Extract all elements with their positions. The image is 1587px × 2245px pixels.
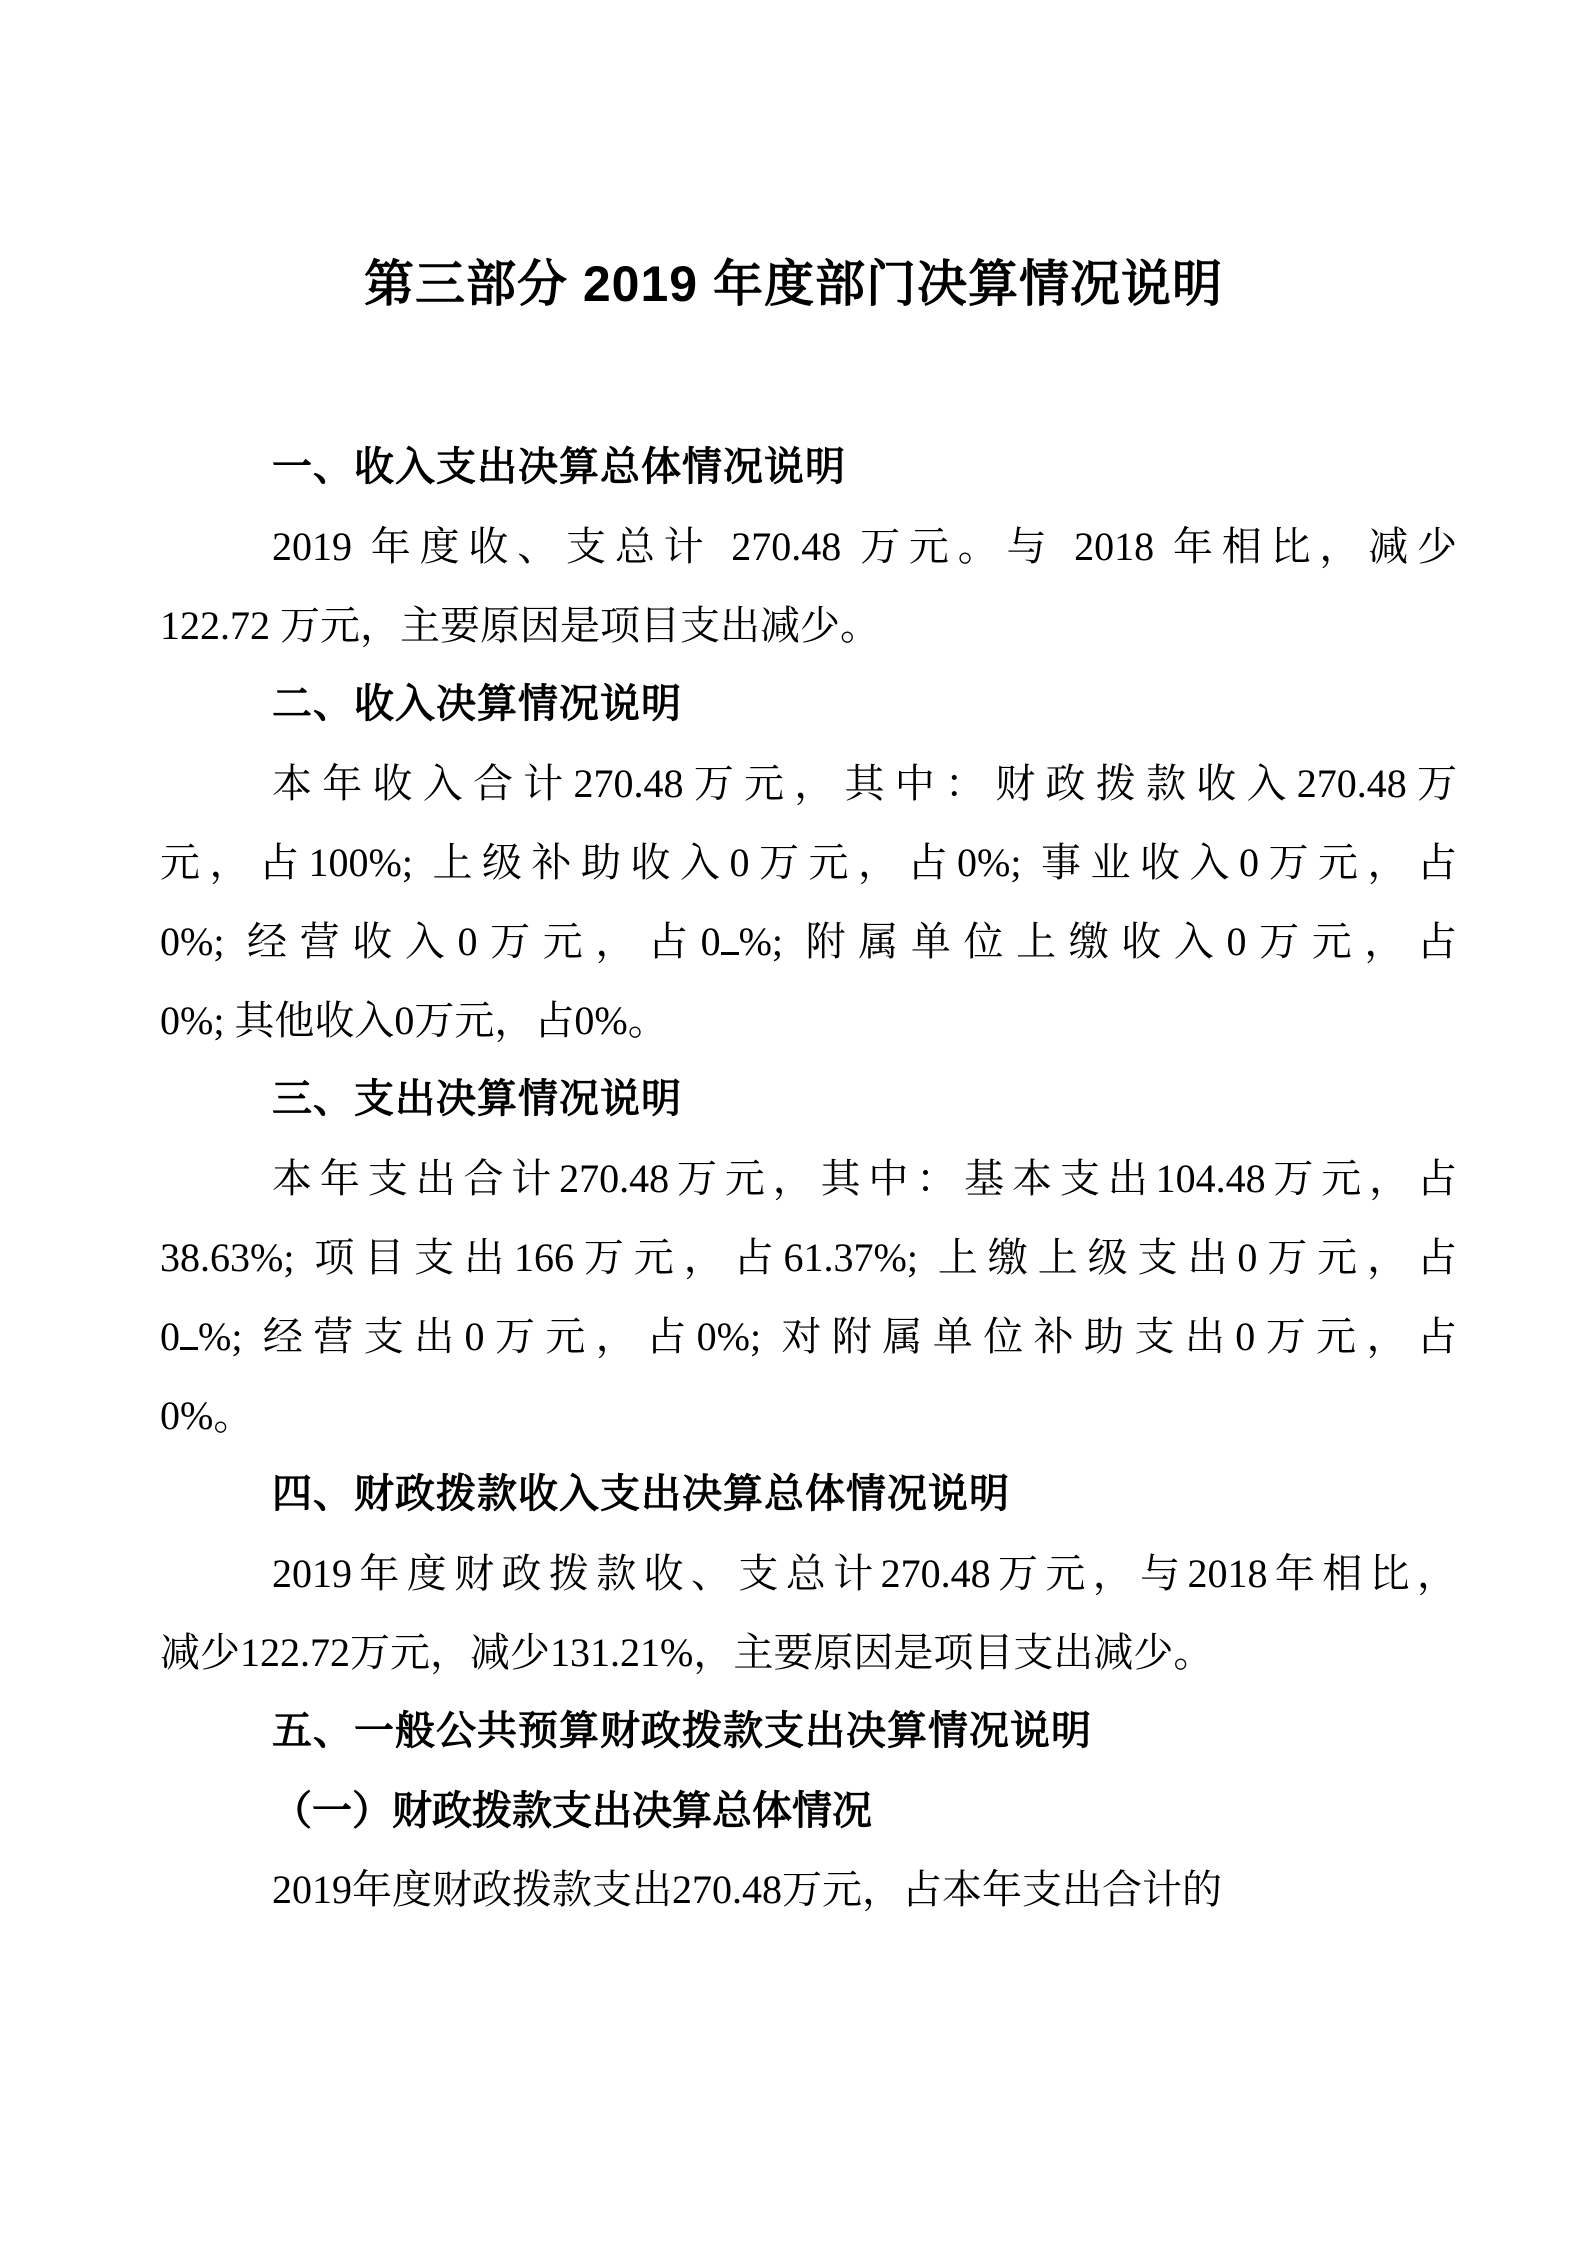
text-line: 0%; 经营收入0万元，占0%; 附属单位上缴收入0万元，占 <box>160 902 1457 981</box>
underlined-blank <box>721 947 739 955</box>
section-4-heading: 四、财政拨款收入支出决算总体情况说明 <box>160 1455 1457 1534</box>
text-line: 本年收入合计270.48万元，其中：财政拨款收入270.48万 <box>160 744 1457 823</box>
section-3: 三、支出决算情况说明 本年支出合计270.48万元，其中：基本支出104.48万… <box>160 1060 1457 1455</box>
section-2: 二、收入决算情况说明 本年收入合计270.48万元，其中：财政拨款收入270.4… <box>160 665 1457 1060</box>
document-title: 第三部分 2019 年度部门决算情况说明 <box>0 0 1587 316</box>
document-body: 一、收入支出决算总体情况说明 2019 年度收、支总计 270.48 万元。与 … <box>0 428 1587 1929</box>
text-line: 本年支出合计270.48万元，其中：基本支出104.48万元，占 <box>160 1139 1457 1218</box>
text-line: 2019 年度收、支总计 270.48 万元。与 2018 年相比，减少 <box>160 507 1457 586</box>
underlined-blank <box>180 1342 198 1350</box>
section-3-heading: 三、支出决算情况说明 <box>160 1060 1457 1139</box>
text-line: 0%。 <box>160 1376 1457 1455</box>
text-line: 38.63%; 项目支出166万元，占61.37%; 上缴上级支出0万元，占 <box>160 1218 1457 1297</box>
text-line: 减少122.72万元，减少131.21%，主要原因是项目支出减少。 <box>160 1613 1457 1692</box>
text-segment: %; 经营支出0万元，占0%; 对附属单位补助支出0万元，占 <box>198 1314 1457 1359</box>
section-5: 五、一般公共预算财政拨款支出决算情况说明 （一）财政拨款支出决算总体情况 201… <box>160 1692 1457 1929</box>
section-2-heading: 二、收入决算情况说明 <box>160 665 1457 744</box>
text-line: 2019年度财政拨款支出270.48万元，占本年支出合计的 <box>160 1850 1457 1929</box>
text-line: 0%; 其他收入0万元，占0%。 <box>160 981 1457 1060</box>
text-segment: %; 附属单位上缴收入0万元，占 <box>739 919 1457 964</box>
section-5-subheading: （一）财政拨款支出决算总体情况 <box>160 1771 1457 1850</box>
document-page: 第三部分 2019 年度部门决算情况说明 一、收入支出决算总体情况说明 2019… <box>0 0 1587 2245</box>
text-segment: 0 <box>160 1314 180 1359</box>
section-1: 一、收入支出决算总体情况说明 2019 年度收、支总计 270.48 万元。与 … <box>160 428 1457 665</box>
text-line: 元，占100%; 上级补助收入0万元，占0%; 事业收入0万元，占 <box>160 823 1457 902</box>
section-1-heading: 一、收入支出决算总体情况说明 <box>160 428 1457 507</box>
text-line: 0%; 经营支出0万元，占0%; 对附属单位补助支出0万元，占 <box>160 1297 1457 1376</box>
text-line: 2019年度财政拨款收、支总计270.48万元，与2018年相比， <box>160 1534 1457 1613</box>
text-line: 122.72 万元，主要原因是项目支出减少。 <box>160 586 1457 665</box>
section-4: 四、财政拨款收入支出决算总体情况说明 2019年度财政拨款收、支总计270.48… <box>160 1455 1457 1692</box>
section-5-heading: 五、一般公共预算财政拨款支出决算情况说明 <box>160 1692 1457 1771</box>
text-segment: 0%; 经营收入0万元，占0 <box>160 919 721 964</box>
